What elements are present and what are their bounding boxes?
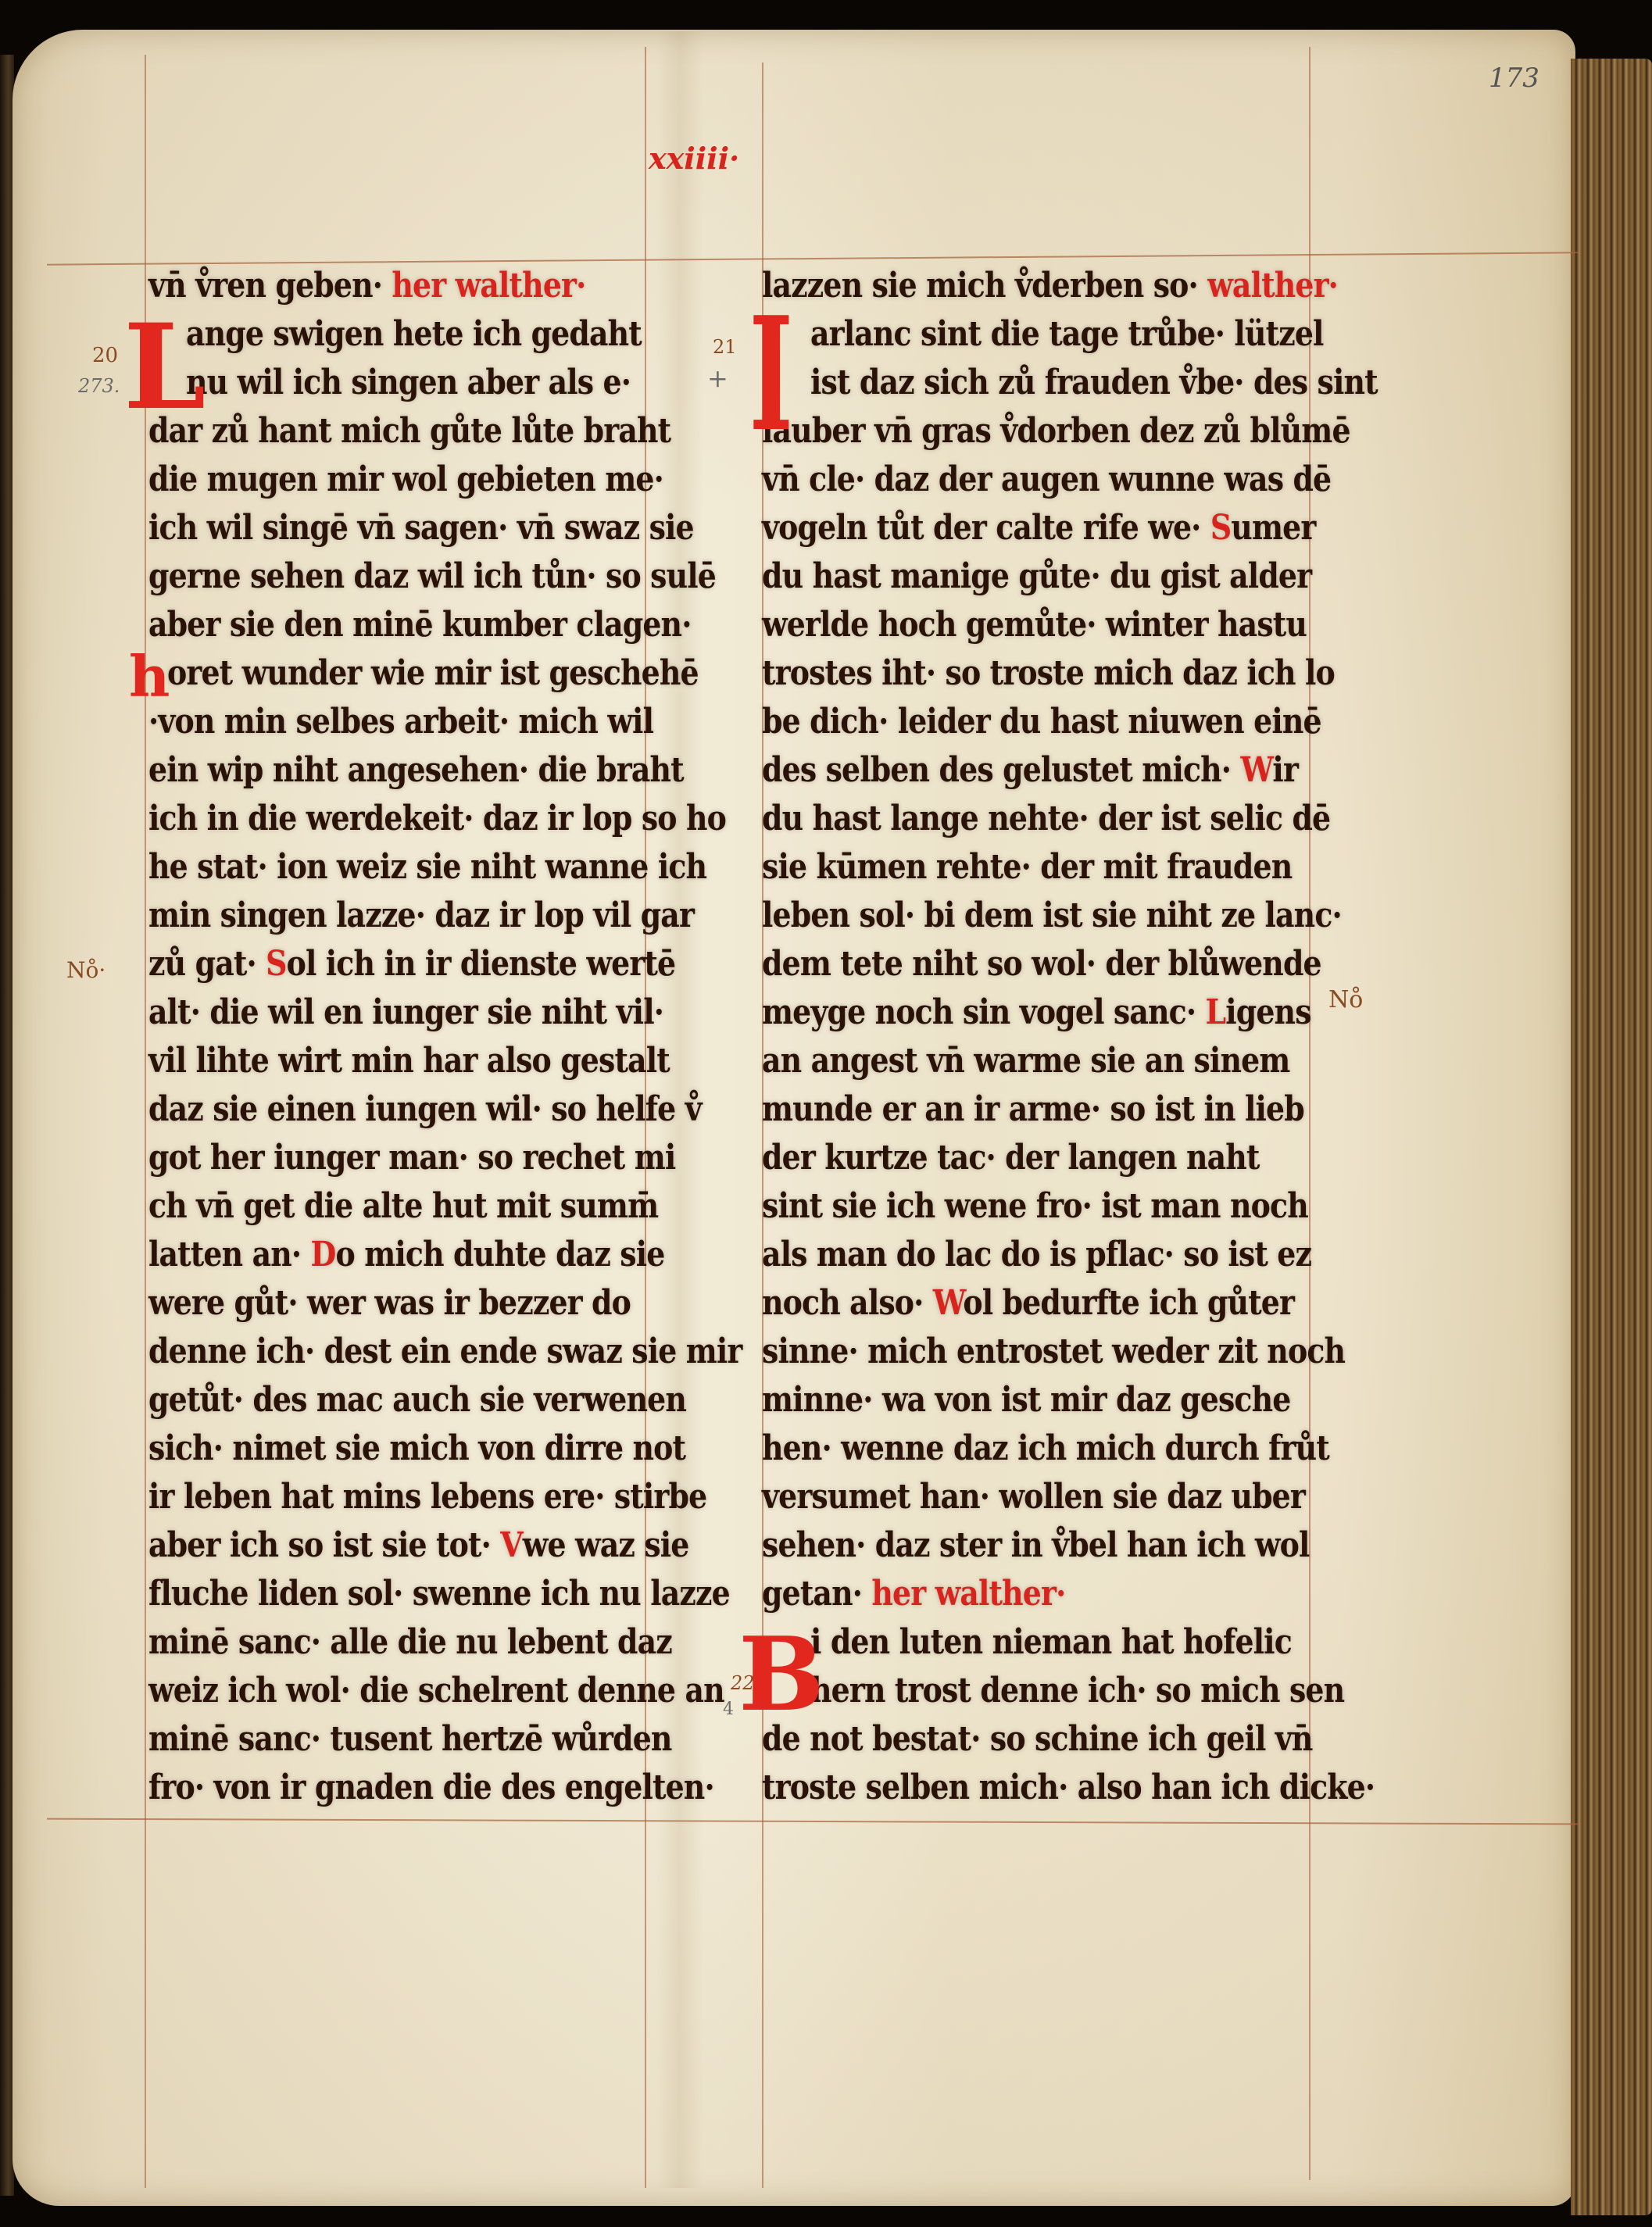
text-line: i den luten nieman hat hofelic	[810, 1622, 1292, 1662]
text-line: sint sie ich wene fro· ist man noch	[762, 1186, 1308, 1226]
text-line: ch vn̄ get die alte hut mit summ̄	[148, 1186, 658, 1226]
inline-initial: D	[311, 1235, 336, 1274]
left-column: vn̄ v̊ren geben· her walther· ange swige…	[148, 266, 680, 1821]
text-line: denne ich· dest ein ende swaz sie mir	[148, 1332, 742, 1371]
stanza-number: 20	[92, 344, 118, 367]
text-line: hern trost denne ich· so mich sen	[810, 1671, 1344, 1710]
text-line: der kurtze tac· der langen naht	[762, 1138, 1260, 1178]
text-line: arlanc sint die tage trůbe· lützel	[810, 314, 1324, 354]
rubric-author: her walther·	[871, 1574, 1065, 1614]
text-line: were gůt· wer was ir bezzer do	[148, 1283, 631, 1323]
text-line: ist daz sich zů frauden v̊be· des sint	[810, 363, 1378, 402]
text-line: minne· wa von ist mir daz gesche	[762, 1380, 1290, 1420]
text-line: werlde hoch gemůte· winter hastu	[762, 605, 1307, 645]
initial-L: L	[123, 309, 206, 426]
text-line: sich· nimet sie mich von dirre not	[148, 1428, 685, 1468]
text-line: lauber vn̄ gras v̊dorben dez zů blůmē	[762, 411, 1350, 451]
text-line: du hast manige gůte· du gist alder	[762, 556, 1311, 596]
text-line: aber ich so ist sie tot· Vwe waz sie	[148, 1525, 689, 1565]
stanza-number: 21	[713, 336, 737, 358]
pencil-number: 4	[723, 1700, 734, 1719]
text-line: du hast lange nehte· der ist selic dē	[762, 799, 1330, 838]
text-line: de not bestat· so schine ich geil vn̄	[762, 1719, 1313, 1759]
text-line: sie kūmen rehte· der mit frauden	[762, 847, 1292, 887]
text-line: munde er an ir arme· so ist in lieb	[762, 1089, 1304, 1129]
text-line: fluche liden sol· swenne ich nu lazze	[148, 1574, 730, 1614]
text-line: oret wunder wie mir ist geschehē	[167, 653, 699, 693]
text-line: an angest vn̄ warme sie an sinem	[762, 1041, 1289, 1081]
initial-h: h	[129, 649, 170, 705]
text-line: vogeln tůt der calte rife we· Sumer	[762, 508, 1315, 548]
text-line: daz sie einen iungen wil· so helfe v̊	[148, 1089, 702, 1129]
text-line: leben sol· bi dem ist sie niht ze lanc·	[762, 895, 1342, 935]
nota-mark: No̊·	[66, 957, 105, 983]
text-line: trostes iht· so troste mich daz ich lo	[762, 653, 1335, 693]
text-line: minē sanc· alle die nu lebent daz	[148, 1622, 672, 1662]
text-line: vn̄ cle· daz der augen wunne was dē	[762, 459, 1331, 499]
initial-I: I	[749, 297, 793, 453]
text-line: fro· von ir gnaden die des engelten·	[148, 1768, 714, 1807]
text-line: als man do lac do is pflac· so ist ez	[762, 1235, 1311, 1274]
rubric-author: her walther·	[392, 266, 585, 306]
text-line: dem tete niht so wol· der blůwende	[762, 944, 1321, 984]
pencil-number: 273.	[78, 375, 120, 397]
text-line: troste selben mich· also han ich dicke·	[762, 1768, 1375, 1807]
text-line: he stat· ion weiz sie niht wanne ich	[148, 847, 706, 887]
text-line: sehen· daz ster in v̊bel han ich wol	[762, 1525, 1309, 1565]
text-line: sinne· mich entrostet weder zit noch	[762, 1332, 1345, 1371]
text-line: meyge noch sin vogel sanc· Ligens	[762, 992, 1311, 1032]
text-line: latten an· Do mich duhte daz sie	[148, 1235, 664, 1274]
rubric-author: walther·	[1207, 266, 1338, 306]
text-line: nu wil ich singen aber als e·	[186, 363, 631, 402]
right-column: lazzen sie mich v̊derben so· walther· ar…	[762, 266, 1325, 1821]
text-line: ich wil singē vn̄ sagen· vn̄ swaz sie	[148, 508, 694, 548]
text-line: weiz ich wol· die schelrent denne an	[148, 1671, 724, 1710]
text-line: ·von min selbes arbeit· mich wil	[148, 702, 653, 742]
text-line: hen· wenne daz ich mich durch frůt	[762, 1428, 1329, 1468]
text-line: ich in die werdekeit· daz ir lop so ho	[148, 799, 726, 838]
text-line: versumet han· wollen sie daz uber	[762, 1477, 1305, 1517]
text-line: dar zů hant mich gůte lůte braht	[148, 411, 670, 451]
text-line: gerne sehen daz wil ich tůn· so sulē	[148, 556, 716, 596]
text-line: aber sie den minē kumber clagen·	[148, 605, 692, 645]
text-line: lazzen sie mich v̊derben so· walther·	[762, 266, 1338, 306]
text-line: got her iunger man· so rechet mi	[148, 1138, 675, 1178]
stanza-number: 22	[731, 1672, 755, 1694]
text-line: min singen lazze· daz ir lop vil gar	[148, 895, 694, 935]
text-line: des selben des gelustet mich· Wir	[762, 750, 1298, 790]
text-line: getůt· des mac auch sie verwenen	[148, 1380, 686, 1420]
folio-number: 173	[1489, 63, 1539, 94]
text-line: vn̄ v̊ren geben· her walther·	[148, 266, 585, 306]
inline-initial: V	[500, 1525, 523, 1565]
inline-initial: L	[1205, 992, 1225, 1032]
cross-mark: +	[707, 363, 728, 393]
text-line: be dich· leider du hast niuwen einē	[762, 702, 1321, 742]
text-line: alt· die wil en iunger sie niht vil·	[148, 992, 663, 1032]
text-block-edges	[1571, 59, 1652, 2215]
inline-initial: W	[933, 1283, 964, 1323]
inline-initial: S	[266, 944, 286, 984]
text-line: ir leben hat mins lebens ere· stirbe	[148, 1477, 706, 1517]
nota-mark: No̊	[1328, 986, 1363, 1013]
text-line: die mugen mir wol gebieten me·	[148, 459, 663, 499]
text-line: noch also· Wol bedurfte ich gůter	[762, 1283, 1294, 1323]
text-line: vil lihte wirt min har also gestalt	[148, 1041, 670, 1081]
text-line: getan· her walther·	[762, 1574, 1065, 1614]
inline-initial: S	[1210, 508, 1231, 548]
inline-initial: W	[1240, 750, 1272, 790]
text-line: ange swigen hete ich gedaht	[186, 314, 642, 354]
running-head: xxiiii·	[649, 141, 739, 176]
text-line: ein wip niht angesehen· die braht	[148, 750, 684, 790]
text-line: minē sanc· tusent hertzē wůrden	[148, 1719, 672, 1759]
text-line: zů gat· Sol ich in ir dienste wertē	[148, 944, 675, 984]
